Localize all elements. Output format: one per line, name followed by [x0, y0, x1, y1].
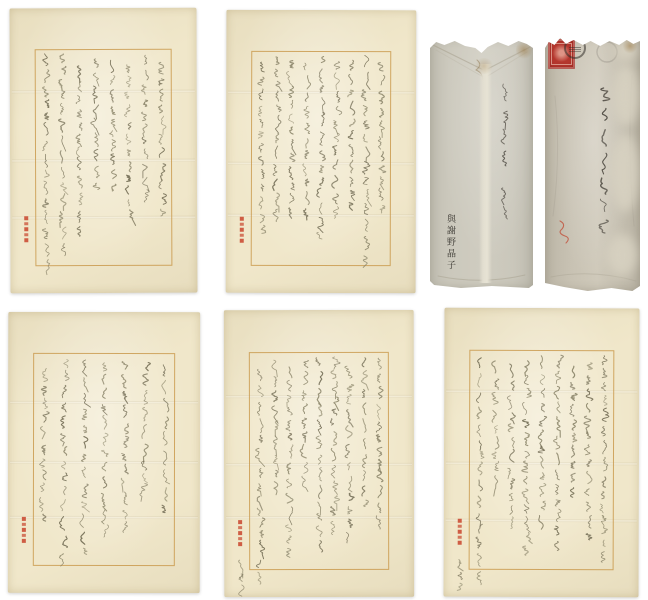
colophon-glyph [24, 227, 28, 231]
colophon-glyph [458, 541, 462, 545]
letter-page-4 [224, 310, 415, 597]
colophon-glyph [458, 525, 462, 528]
colophon-glyph [22, 534, 26, 537]
handwritten-calligraphy-columns [8, 312, 200, 593]
stationery-red-colophon-mark [22, 517, 26, 543]
paper-stain [623, 38, 637, 54]
colophon-glyph [458, 519, 462, 523]
handwritten-calligraphy-columns [226, 10, 417, 293]
colophon-glyph [238, 531, 242, 535]
colophon-glyph [238, 542, 242, 546]
colophon-glyph [238, 520, 242, 524]
colophon-glyph [24, 233, 28, 236]
colophon-glyph [240, 228, 244, 232]
stationery-red-colophon-mark [24, 216, 28, 242]
paper-stain [516, 40, 532, 60]
letter-page-3 [8, 312, 200, 593]
handwritten-calligraphy-columns [443, 308, 639, 598]
colophon-glyph [24, 238, 28, 242]
envelope-back: 與謝野晶子 [430, 38, 533, 288]
stationery-red-colophon-mark [458, 519, 462, 545]
photo-board: 與謝野晶子 [0, 0, 648, 600]
stationery-red-colophon-mark [240, 217, 244, 243]
colophon-glyph [240, 217, 244, 221]
stationery-red-colophon-mark [238, 520, 242, 546]
colophon-glyph [238, 537, 242, 540]
blurred-region [607, 234, 637, 276]
colophon-glyph [458, 536, 462, 539]
letter-page-2 [226, 10, 417, 293]
colophon-glyph [458, 530, 462, 534]
blurred-region [613, 64, 639, 126]
colophon-glyph [22, 539, 26, 543]
colophon-glyph [240, 234, 244, 237]
colophon-glyph [238, 526, 242, 529]
sender-printed-name: 與謝野晶子 [445, 214, 458, 272]
colophon-glyph [22, 528, 26, 532]
envelope-front [545, 36, 640, 291]
blurred-region [611, 134, 639, 212]
colophon-glyph [22, 517, 26, 521]
handwritten-calligraphy-columns [10, 8, 198, 294]
letter-page-1 [10, 8, 198, 294]
handwritten-calligraphy-columns [224, 310, 415, 597]
colophon-glyph [240, 239, 244, 243]
letter-page-5 [443, 308, 639, 598]
paper-stain [474, 58, 494, 74]
colophon-glyph [22, 523, 26, 526]
colophon-glyph [240, 223, 244, 226]
colophon-glyph [24, 216, 28, 220]
colophon-glyph [24, 222, 28, 225]
